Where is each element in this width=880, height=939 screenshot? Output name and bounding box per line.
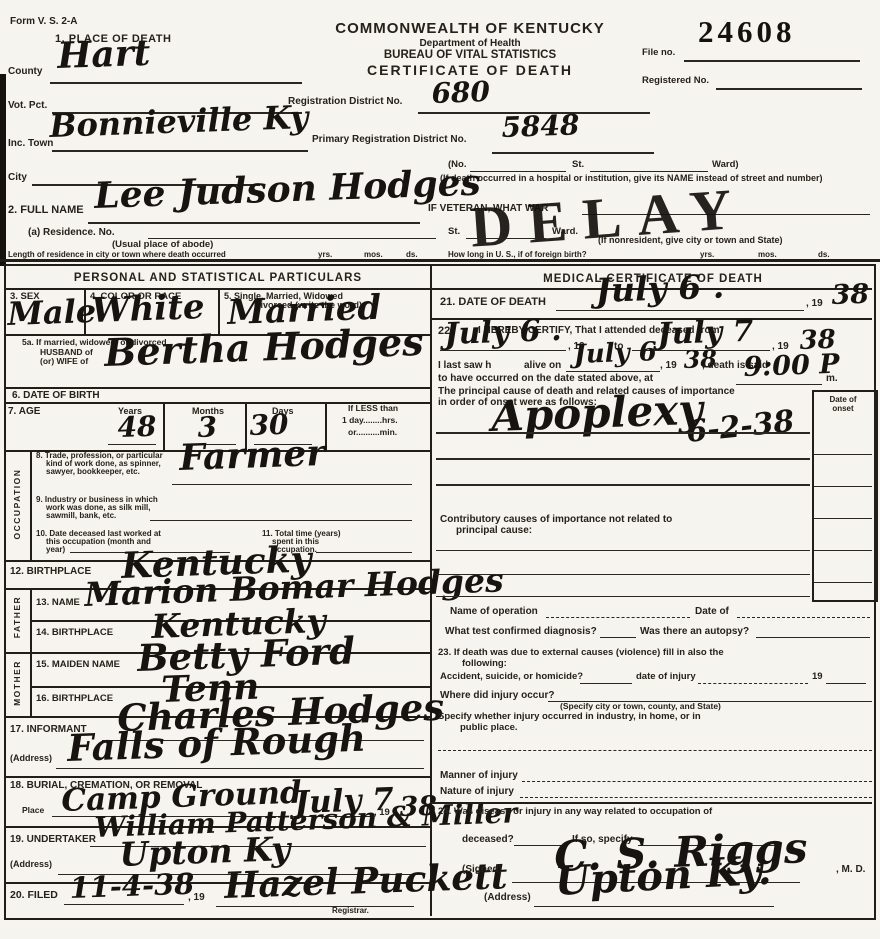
alive-on-text: alive on bbox=[524, 360, 561, 371]
autopsy-line bbox=[756, 637, 870, 638]
inc-town-value: Bonnieville Ky bbox=[49, 101, 309, 142]
filed-date-line bbox=[64, 904, 184, 905]
last-saw-text: I last saw h bbox=[438, 360, 491, 371]
operation-label: Name of operation bbox=[450, 606, 538, 617]
death-certificate-scan: Form V. S. 2-A 1. PLACE OF DEATH County … bbox=[0, 0, 880, 939]
date-of-injury-label: date of injury bbox=[636, 672, 696, 682]
time-line bbox=[736, 384, 822, 385]
primary-reg-label: Primary Registration District No. bbox=[312, 134, 466, 145]
occupation-side-label: OCCUPATION bbox=[12, 443, 22, 565]
no-line bbox=[470, 171, 566, 172]
signed-label: (Signed) bbox=[462, 864, 502, 875]
attended-from-value: July 6 . bbox=[444, 316, 562, 350]
burial-place-label: Place bbox=[22, 806, 44, 815]
form-number: Form V. S. 2-A bbox=[10, 16, 77, 27]
table-top-rule bbox=[0, 259, 880, 262]
full-name-label: 2. FULL NAME bbox=[8, 204, 84, 216]
occurred-text: to have occurred on the date stated abov… bbox=[438, 373, 653, 384]
residence-label: (a) Residence. No. bbox=[28, 227, 115, 238]
undertaker-label: 19. UNDERTAKER bbox=[10, 834, 96, 845]
occupation-strip-divider bbox=[30, 450, 32, 560]
physician-address-line bbox=[534, 906, 774, 907]
specify-whether-text-1: Specify whether injury occurred in indus… bbox=[438, 712, 701, 722]
specify-whether-text-2: public place. bbox=[460, 723, 518, 733]
mother-strip-divider bbox=[30, 652, 32, 716]
reg-district-label: Registration District No. bbox=[288, 96, 402, 107]
mother-bp-label: 16. BIRTHPLACE bbox=[36, 694, 113, 704]
informant-address-label: (Address) bbox=[10, 754, 52, 764]
mother-name-label: 15. MAIDEN NAME bbox=[36, 660, 120, 670]
file-no-line bbox=[684, 60, 860, 62]
manner-of-injury-line bbox=[522, 781, 872, 782]
deceased-q-label: deceased? bbox=[462, 834, 514, 845]
inc-town-line bbox=[52, 150, 308, 152]
dob-label: 6. DATE OF BIRTH bbox=[12, 390, 100, 401]
residence-st-label: St. bbox=[448, 227, 460, 237]
contributory-text-1: Contributory causes of importance not re… bbox=[440, 514, 672, 525]
ward-label: Ward) bbox=[712, 160, 739, 170]
nature-of-injury-label: Nature of injury bbox=[440, 786, 514, 797]
accident-label: Accident, suicide, or homicide? bbox=[440, 672, 583, 682]
filed-year-printed: , 19 bbox=[188, 892, 205, 903]
item9-label-3: sawmill, bank, etc. bbox=[46, 512, 116, 521]
left-section-title: PERSONAL AND STATISTICAL PARTICULARS bbox=[8, 272, 428, 284]
file-no-label: File no. bbox=[642, 48, 675, 58]
undertaker-address-label: (Address) bbox=[10, 860, 52, 870]
item8-line bbox=[172, 484, 412, 485]
registered-no-line bbox=[716, 88, 862, 90]
occupation-value: Farmer bbox=[179, 435, 326, 476]
full-name-value: Lee Judson Hodges bbox=[94, 165, 482, 214]
nonresident-note: (If nonresident, give city or town and S… bbox=[598, 236, 783, 246]
bureau-title: BUREAU OF VITAL STATISTICS bbox=[260, 49, 680, 61]
public-place-line bbox=[438, 750, 872, 751]
onset-label-2: onset bbox=[812, 404, 874, 413]
st-label: St. bbox=[572, 160, 584, 170]
row5a-rule bbox=[4, 387, 430, 389]
spouse-value: Bertha Hodges bbox=[104, 323, 424, 372]
autopsy-label: Was there an autopsy? bbox=[640, 626, 749, 637]
md-label: , M. D. bbox=[836, 864, 865, 875]
commonwealth-title: COMMONWEALTH OF KENTUCKY bbox=[260, 20, 680, 37]
onset-label-1: Date of bbox=[812, 395, 874, 404]
date-of-injury-line bbox=[698, 683, 808, 684]
item10-label-3: year) bbox=[46, 546, 65, 555]
specify-city-note: (Specify city or town, county, and State… bbox=[560, 702, 721, 711]
item5a-label-3: (or) WIFE of bbox=[40, 357, 88, 366]
birthplace-label: 12. BIRTHPLACE bbox=[10, 566, 91, 577]
scan-edge-bar bbox=[0, 74, 6, 266]
item11-line bbox=[316, 552, 412, 553]
dod-year-value: 38 bbox=[831, 281, 869, 309]
cause-line-3 bbox=[436, 484, 810, 486]
attended-from-line bbox=[440, 350, 566, 351]
inc-town-label: Inc. Town bbox=[8, 138, 53, 149]
injury-19-label: 19 bbox=[812, 672, 823, 682]
dept-of-health: Department of Health bbox=[260, 38, 680, 49]
father-side-label: FATHER bbox=[12, 587, 22, 647]
contributory-line-2 bbox=[436, 574, 810, 575]
date-of-line bbox=[737, 617, 870, 618]
item24-rule bbox=[430, 802, 872, 804]
accident-line bbox=[580, 683, 632, 684]
sex-value: Male bbox=[7, 295, 97, 330]
abode-note: (Usual place of abode) bbox=[112, 240, 213, 250]
item24-text: 24. Was disease or injury in any way rel… bbox=[438, 807, 712, 817]
test-line bbox=[600, 637, 636, 638]
last-saw-date-value: July 6 bbox=[573, 339, 657, 368]
physician-address-label: (Address) bbox=[484, 892, 531, 903]
filed-date-value: 11-4-38 bbox=[69, 870, 195, 903]
test-label: What test confirmed diagnosis? bbox=[445, 626, 597, 637]
county-label: County bbox=[8, 66, 42, 77]
informant-address-value: Falls of Rough bbox=[67, 720, 367, 767]
filed-label: 20. FILED bbox=[10, 890, 58, 902]
physician-address-value: Upton Ky. bbox=[554, 851, 772, 902]
item23-text-2: following: bbox=[462, 659, 507, 669]
contributory-text-2: principal cause: bbox=[456, 525, 532, 536]
date-of-label: Date of bbox=[695, 606, 729, 617]
onset-line-2 bbox=[814, 486, 872, 487]
onset-line-3 bbox=[814, 518, 872, 519]
city-label: City bbox=[8, 172, 27, 183]
age-label: 7. AGE bbox=[8, 406, 40, 417]
age-div-3 bbox=[325, 402, 327, 450]
onset-line-5 bbox=[814, 582, 872, 583]
residence-ward-label: Ward. bbox=[552, 227, 578, 237]
vot-pct-label: Vot. Pct. bbox=[8, 100, 47, 111]
dod-year-printed: , 19 bbox=[806, 298, 823, 309]
age-years-value: 48 bbox=[117, 413, 157, 442]
certificate-serial-number: 24608 bbox=[698, 14, 796, 50]
registrar-label: Registrar. bbox=[332, 907, 369, 916]
item23-text-1: 23. If death was due to external causes … bbox=[438, 648, 724, 658]
reg-district-value: 680 bbox=[431, 78, 490, 108]
cause-line-2 bbox=[436, 458, 810, 460]
age-less-3: or..........min. bbox=[348, 428, 397, 437]
nature-of-injury-line bbox=[520, 797, 872, 798]
date-of-death-line bbox=[556, 310, 804, 311]
father-name-label: 13. NAME bbox=[36, 598, 80, 608]
last-saw-line bbox=[566, 371, 660, 372]
county-line bbox=[50, 82, 302, 84]
delay-stamp: DELAY bbox=[468, 174, 750, 260]
onset-line-1 bbox=[814, 454, 872, 455]
registered-no-label: Registered No. bbox=[642, 76, 709, 86]
contributory-line-1 bbox=[436, 550, 810, 551]
primary-reg-line bbox=[492, 152, 654, 154]
race-value: White bbox=[91, 290, 205, 328]
contributory-line-3 bbox=[436, 596, 810, 597]
date-of-onset-box bbox=[812, 390, 878, 602]
registrar-line bbox=[216, 906, 414, 907]
manner-of-injury-label: Manner of injury bbox=[440, 770, 518, 781]
mother-side-label: MOTHER bbox=[12, 653, 22, 713]
age-less-1: If LESS than bbox=[348, 404, 398, 413]
date-of-death-value: July 6 . bbox=[595, 270, 725, 307]
item8-label-3: sawyer, bookkeeper, etc. bbox=[46, 468, 140, 477]
time-m-label: m. bbox=[826, 373, 838, 384]
county-value: Hart bbox=[57, 35, 151, 74]
father-bp-label: 14. BIRTHPLACE bbox=[36, 628, 113, 638]
age-div-1 bbox=[163, 402, 165, 450]
onset-line-4 bbox=[814, 550, 872, 551]
cause-line-1 bbox=[436, 432, 810, 434]
age-less-2: 1 day........hrs. bbox=[342, 416, 398, 425]
informant-address-line bbox=[56, 768, 424, 769]
st-line bbox=[590, 171, 708, 172]
item9-line bbox=[150, 520, 412, 521]
full-name-line bbox=[88, 222, 420, 224]
primary-reg-value: 5848 bbox=[501, 111, 580, 142]
where-injury-label: Where did injury occur? bbox=[440, 690, 554, 701]
cause-of-death-value: Apoplexy bbox=[491, 389, 704, 438]
injury-19-line bbox=[826, 683, 866, 684]
age-years-line bbox=[108, 444, 156, 445]
residence-st-line bbox=[466, 238, 546, 239]
date-of-death-label: 21. DATE OF DEATH bbox=[440, 296, 546, 308]
operation-line bbox=[546, 617, 690, 618]
last-saw-year-printed: , 19 bbox=[660, 360, 677, 371]
